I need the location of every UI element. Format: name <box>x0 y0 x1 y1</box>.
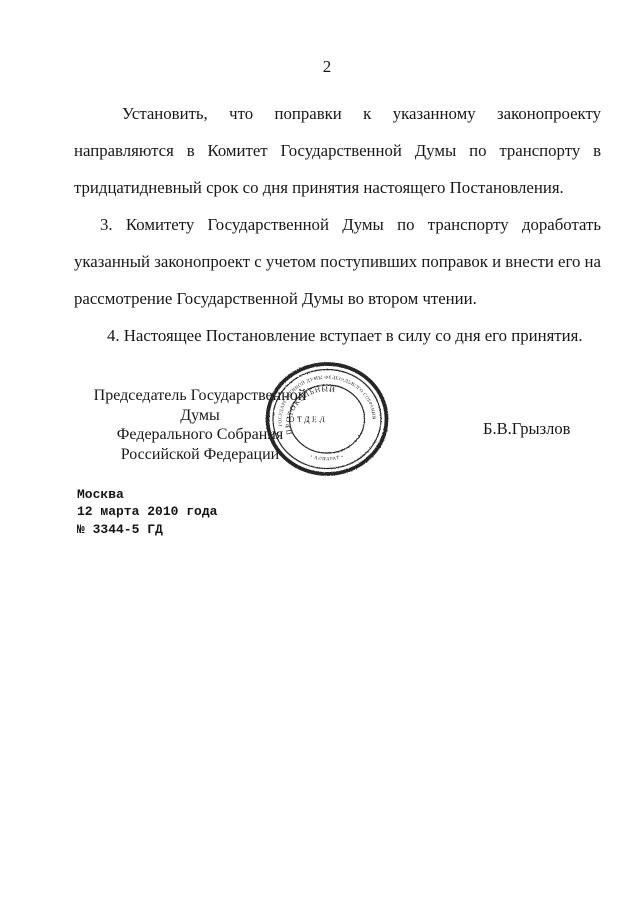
issue-details-block: Москва 12 марта 2010 года № 3344-5 ГД <box>77 486 217 538</box>
body-line: 4. Настоящее Постановление вступает в си… <box>74 317 601 354</box>
document-number: № 3344-5 ГД <box>77 521 217 538</box>
document-body: Установить, что поправки к указанному за… <box>74 95 601 354</box>
body-line: направляются в Комитет Государственной Д… <box>74 132 601 169</box>
body-line: Установить, что поправки к указанному за… <box>74 95 601 132</box>
body-line: 3. Комитету Государственной Думы по тран… <box>74 206 601 243</box>
page-number: 2 <box>14 57 640 77</box>
body-line: тридцатидневный срок со дня принятия нас… <box>74 169 601 206</box>
official-round-stamp: ГОСУДАРСТВЕННОЙ ДУМЫ ФЕДЕРАЛЬНОГО СОБРАН… <box>263 360 391 478</box>
body-line: рассмотрение Государственной Думы во вто… <box>74 280 601 317</box>
stamp-ring-text-bottom: • АППАРАТ • <box>309 455 344 463</box>
document-page: 2 Установить, что поправки к указанному … <box>0 0 640 900</box>
issue-date: 12 марта 2010 года <box>77 503 217 520</box>
stamp-department-text: ОТДЕЛ <box>289 415 328 424</box>
body-line: указанный законопроект с учетом поступив… <box>74 243 601 280</box>
signatory-name: Б.В.Грызлов <box>483 419 570 439</box>
issue-city: Москва <box>77 486 217 503</box>
